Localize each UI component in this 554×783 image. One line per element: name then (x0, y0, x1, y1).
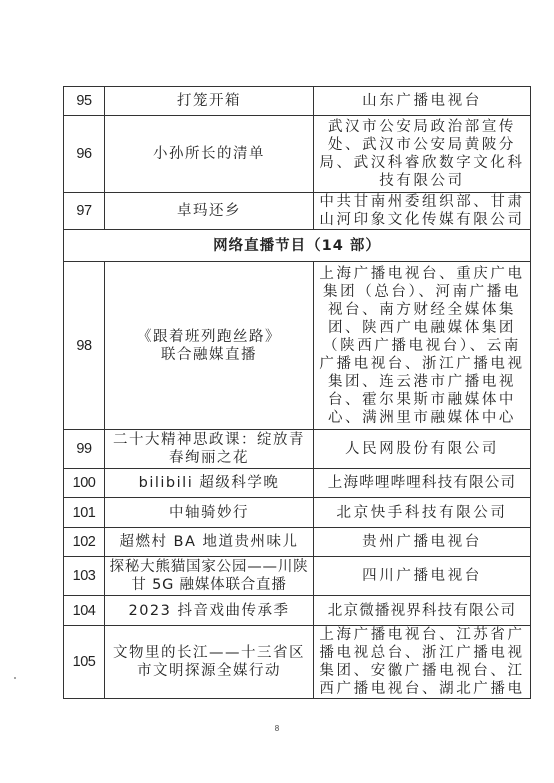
section-header-row: 网络直播节目（14 部） (64, 230, 531, 262)
program-title: 2023 抖音戏曲传承季 (105, 596, 314, 626)
producer-org: 上海广播电视台、重庆广电集团（总台）、河南广播电视台、南方财经全媒体集团、陕西广… (314, 262, 531, 430)
producer-org: 上海广播电视台、江苏省广播电视总台、浙江广播电视集团、安徽广播电视台、江西广播电… (314, 626, 531, 699)
producer-org: 山东广播电视台 (314, 87, 531, 116)
table-row: 97 卓玛还乡 中共甘南州委组织部、甘肃山河印象文化传媒有限公司 (64, 193, 531, 230)
row-number: 98 (64, 262, 105, 430)
producer-org: 北京微播视界科技有限公司 (314, 596, 531, 626)
producer-org: 北京快手科技有限公司 (314, 498, 531, 528)
program-title: 探秘大熊猫国家公园——川陕甘 5G 融媒体联合直播 (105, 557, 314, 596)
row-number: 99 (64, 430, 105, 469)
program-title: 中轴骑妙行 (105, 498, 314, 528)
producer-org: 四川广播电视台 (314, 557, 531, 596)
producer-org: 贵州广播电视台 (314, 528, 531, 557)
producer-org: 武汉市公安局政治部宣传处、武汉市公安局黄陂分局、武汉科睿欣数字文化科技有限公司 (314, 116, 531, 193)
row-number: 105 (64, 626, 105, 699)
row-number: 97 (64, 193, 105, 230)
table-row: 98 《跟着班列跑丝路》 联合融媒直播 上海广播电视台、重庆广电集团（总台）、河… (64, 262, 531, 430)
row-number: 101 (64, 498, 105, 528)
program-title: 《跟着班列跑丝路》 联合融媒直播 (105, 262, 314, 430)
program-title: 打笼开箱 (105, 87, 314, 116)
table-row: 105 文物里的长江——十三省区市文明探源全媒行动 上海广播电视台、江苏省广播电… (64, 626, 531, 699)
program-title: 卓玛还乡 (105, 193, 314, 230)
scan-artifact (14, 677, 16, 679)
program-title: 小孙所长的清单 (105, 116, 314, 193)
table-row: 104 2023 抖音戏曲传承季 北京微播视界科技有限公司 (64, 596, 531, 626)
page-number: 8 (0, 724, 554, 733)
table-row: 95 打笼开箱 山东广播电视台 (64, 87, 531, 116)
program-title: 超燃村 BA 地道贵州味儿 (105, 528, 314, 557)
program-title-line: 《跟着班列跑丝路》 (108, 328, 310, 346)
row-number: 103 (64, 557, 105, 596)
program-title: bilibili 超级科学晚 (105, 469, 314, 498)
table-row: 103 探秘大熊猫国家公园——川陕甘 5G 融媒体联合直播 四川广播电视台 (64, 557, 531, 596)
program-title: 文物里的长江——十三省区市文明探源全媒行动 (105, 626, 314, 699)
document-page: 95 打笼开箱 山东广播电视台 96 小孙所长的清单 武汉市公安局政治部宣传处、… (0, 0, 554, 783)
program-title-line: 联合融媒直播 (108, 346, 310, 364)
row-number: 104 (64, 596, 105, 626)
table-row: 96 小孙所长的清单 武汉市公安局政治部宣传处、武汉市公安局黄陂分局、武汉科睿欣… (64, 116, 531, 193)
table-row: 99 二十大精神思政课：绽放青春绚丽之花 人民网股份有限公司 (64, 430, 531, 469)
row-number: 96 (64, 116, 105, 193)
row-number: 95 (64, 87, 105, 116)
table-row: 101 中轴骑妙行 北京快手科技有限公司 (64, 498, 531, 528)
award-list-table: 95 打笼开箱 山东广播电视台 96 小孙所长的清单 武汉市公安局政治部宣传处、… (63, 86, 531, 699)
table-row: 102 超燃村 BA 地道贵州味儿 贵州广播电视台 (64, 528, 531, 557)
table-row: 100 bilibili 超级科学晚 上海哔哩哔哩科技有限公司 (64, 469, 531, 498)
producer-org: 中共甘南州委组织部、甘肃山河印象文化传媒有限公司 (314, 193, 531, 230)
row-number: 102 (64, 528, 105, 557)
section-header: 网络直播节目（14 部） (64, 230, 531, 262)
producer-org: 人民网股份有限公司 (314, 430, 531, 469)
row-number: 100 (64, 469, 105, 498)
producer-org: 上海哔哩哔哩科技有限公司 (314, 469, 531, 498)
program-title: 二十大精神思政课：绽放青春绚丽之花 (105, 430, 314, 469)
